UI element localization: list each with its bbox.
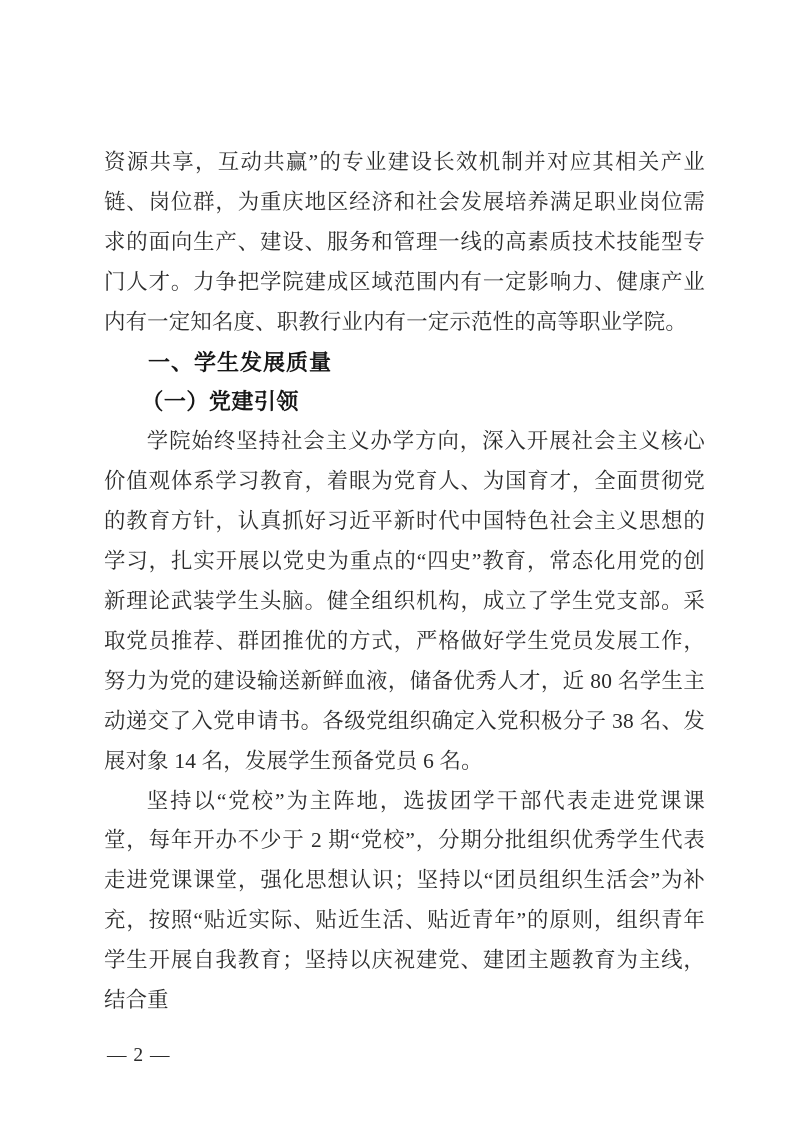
document-content: 资源共享，互动共赢”的专业建设长效机制并对应其相关产业链、岗位群，为重庆地区经济… <box>104 143 705 1021</box>
page-number: — 2 — <box>107 1043 171 1069</box>
paragraph-party-school: 坚持以“党校”为主阵地，选拔团学干部代表走进党课课堂，每年开办不少于 2 期“党… <box>104 782 705 1021</box>
paragraph-party-building: 学院始终坚持社会主义办学方向，深入开展社会主义核心价值观体系学习教育，着眼为党育… <box>104 422 705 781</box>
paragraph-continued: 资源共享，互动共赢”的专业建设长效机制并对应其相关产业链、岗位群，为重庆地区经济… <box>104 143 705 343</box>
document-page: 资源共享，互动共赢”的专业建设长效机制并对应其相关产业链、岗位群，为重庆地区经济… <box>0 0 800 1131</box>
subsection-heading-party-building: （一）党建引领 <box>104 382 705 422</box>
section-heading-student-development: 一、学生发展质量 <box>104 343 705 383</box>
